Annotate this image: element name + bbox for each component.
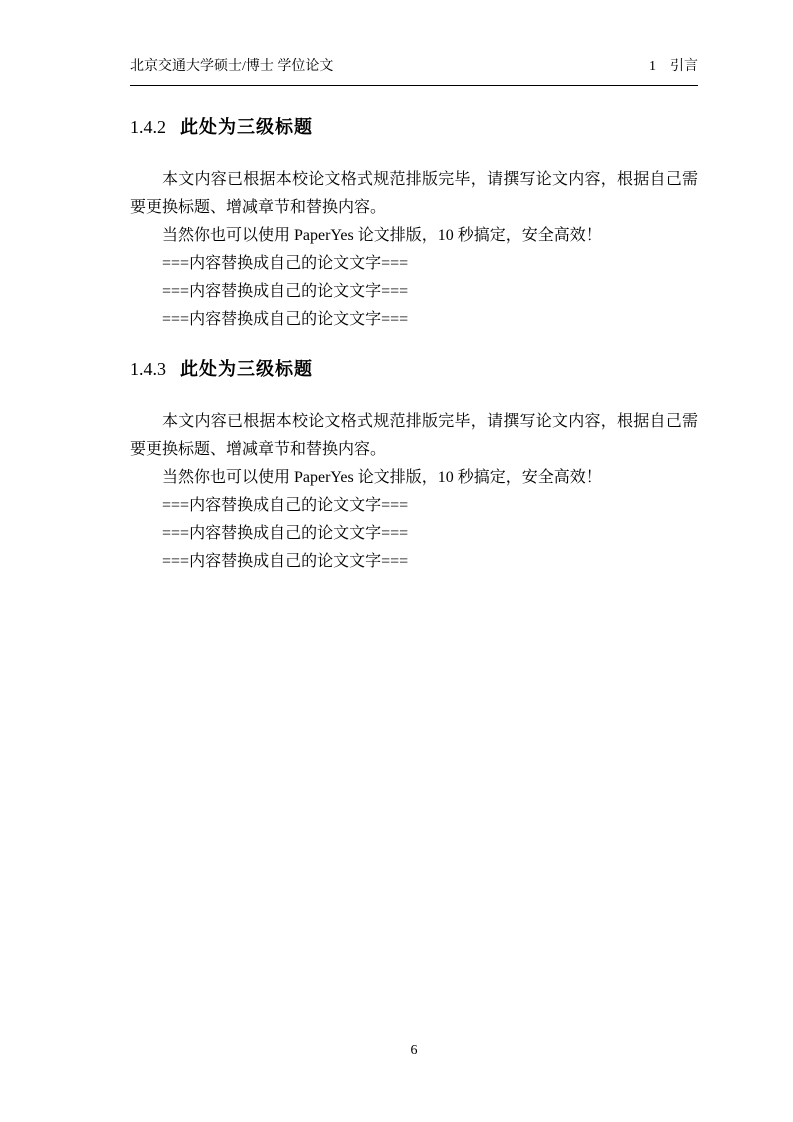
- paragraph-placeholder: ===内容替换成自己的论文文字===: [130, 306, 698, 334]
- section-heading-1-4-2: 1.4.2此处为三级标题: [130, 116, 698, 138]
- paragraph-placeholder: ===内容替换成自己的论文文字===: [130, 278, 698, 306]
- paragraph-placeholder: ===内容替换成自己的论文文字===: [130, 548, 698, 576]
- header-right-chapter: 1 引言: [649, 58, 698, 76]
- document-page: 北京交通大学硕士/博士 学位论文 1 引言 1.4.2此处为三级标题 本文内容已…: [0, 0, 793, 1122]
- paragraph-placeholder: ===内容替换成自己的论文文字===: [130, 492, 698, 520]
- paragraph: 当然你也可以使用 PaperYes 论文排版，10 秒搞定，安全高效！: [130, 222, 698, 250]
- section-title: 此处为三级标题: [180, 359, 313, 379]
- paragraph-placeholder: ===内容替换成自己的论文文字===: [130, 250, 698, 278]
- section-heading-1-4-3: 1.4.3此处为三级标题: [130, 358, 698, 380]
- section-number: 1.4.2: [130, 117, 166, 137]
- section-number: 1.4.3: [130, 359, 166, 379]
- paragraph: 本文内容已根据本校论文格式规范排版完毕，请撰写论文内容，根据自己需要更换标题、增…: [130, 166, 698, 222]
- paragraph-placeholder: ===内容替换成自己的论文文字===: [130, 520, 698, 548]
- paragraph: 当然你也可以使用 PaperYes 论文排版，10 秒搞定，安全高效！: [130, 464, 698, 492]
- header-left-title: 北京交通大学硕士/博士 学位论文: [130, 58, 333, 76]
- page-body: 1.4.2此处为三级标题 本文内容已根据本校论文格式规范排版完毕，请撰写论文内容…: [130, 116, 698, 576]
- page-footer: 6: [130, 1042, 698, 1060]
- page-header: 北京交通大学硕士/博士 学位论文 1 引言: [130, 58, 698, 86]
- paragraph: 本文内容已根据本校论文格式规范排版完毕，请撰写论文内容，根据自己需要更换标题、增…: [130, 408, 698, 464]
- section-title: 此处为三级标题: [180, 117, 313, 137]
- page-number: 6: [411, 1043, 418, 1058]
